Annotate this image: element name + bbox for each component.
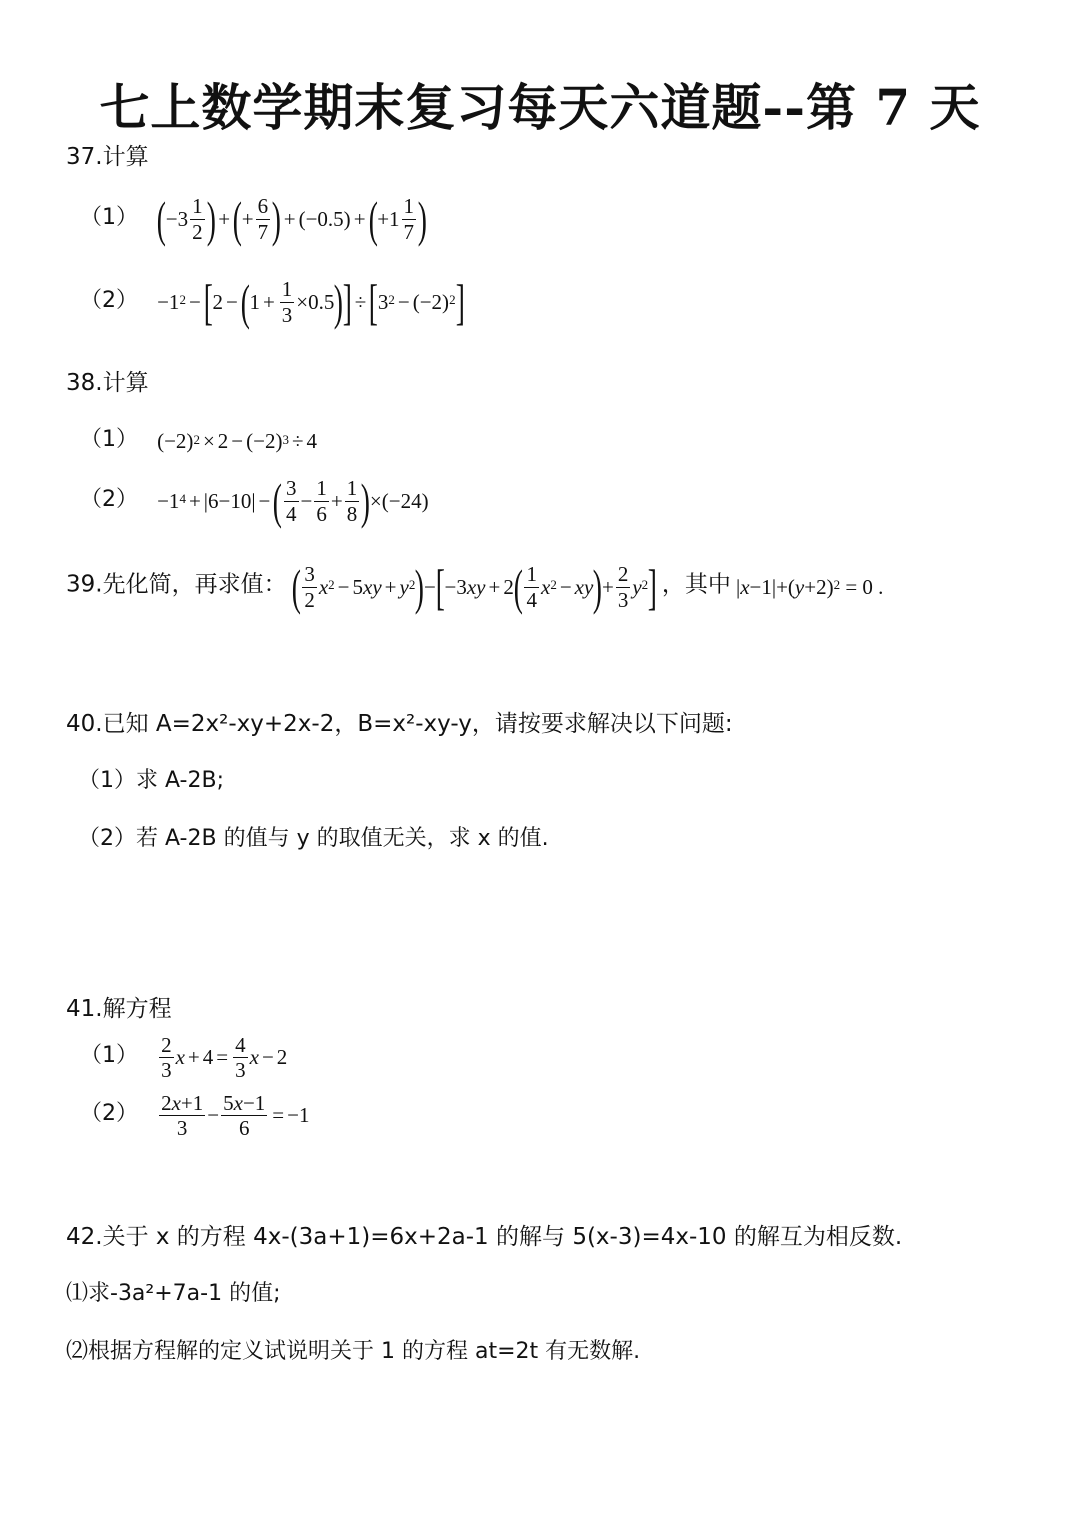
part-label: （1） — [80, 427, 138, 452]
question-41-heading: 41.解方程 — [66, 990, 172, 1023]
expression-41-1: 23x+4=43x−2 — [157, 1034, 287, 1081]
condition-expression: |x−1|+(y+2)2 = 0 . — [736, 575, 883, 600]
question-42-part-1: ⑴求-3a²+7a-1 的值; — [66, 1276, 281, 1307]
question-38-part-2: （2） −14+|6−10|−(34−16+18)×(−24) — [80, 476, 429, 526]
question-41-part-2: （2） 2x+13−5x−16=−1 — [80, 1092, 309, 1139]
expression-37-1: (−312) + (+67) +(−0.5)+ (+117) — [157, 194, 427, 244]
part-label: （1） — [80, 1043, 138, 1068]
expression-39: (32x2−5xy+y2)−[−3xy+2(14x2−xy)+23y2] — [292, 562, 657, 612]
expression-38-2: −14+|6−10|−(34−16+18)×(−24) — [157, 476, 428, 526]
page-title: 七上数学期末复习每天六道题--第 7 天 — [0, 68, 1080, 140]
part-label: （2） — [80, 487, 138, 512]
question-37-heading: 37.计算 — [66, 138, 149, 171]
question-38-part-1: （1） (−2)2×2−(−2)3÷4 — [80, 422, 317, 454]
question-39-heading: 39.先化简，再求值： — [66, 572, 287, 598]
question-39: 39.先化简，再求值： (32x2−5xy+y2)−[−3xy+2(14x2−x… — [66, 562, 883, 612]
question-41-part-1: （1） 23x+4=43x−2 — [80, 1034, 287, 1081]
question-42-part-2: ⑵根据方程解的定义试说明关于 1 的方程 at=2t 有无数解. — [66, 1334, 640, 1365]
question-40-part-1: （1）求 A-2B; — [78, 763, 224, 794]
question-37-part-1: （1） (−312) + (+67) +(−0.5)+ (+117) — [80, 194, 427, 244]
expression-41-2: 2x+13−5x−16=−1 — [157, 1092, 309, 1139]
expression-38-1: (−2)2×2−(−2)3÷4 — [157, 429, 317, 454]
part-label: （2） — [80, 288, 138, 313]
question-40-part-2: （2）若 A-2B 的值与 y 的取值无关，求 x 的值. — [78, 821, 549, 852]
question-40-heading: 40.已知 A=2x²-xy+2x-2，B=x²-xy-y，请按要求解决以下问题… — [66, 705, 733, 738]
part-label: （2） — [80, 1101, 138, 1126]
part-label: （1） — [80, 205, 138, 230]
expression-37-2: −12−[2−(1+13×0.5)]÷[32−(−2)2] — [157, 277, 464, 327]
condition-prefix: ，其中 — [662, 572, 731, 598]
question-37-part-2: （2） −12−[2−(1+13×0.5)]÷[32−(−2)2] — [80, 277, 464, 327]
question-42-heading: 42.关于 x 的方程 4x-(3a+1)=6x+2a-1 的解与 5(x-3)… — [66, 1218, 902, 1251]
question-38-heading: 38.计算 — [66, 364, 149, 397]
